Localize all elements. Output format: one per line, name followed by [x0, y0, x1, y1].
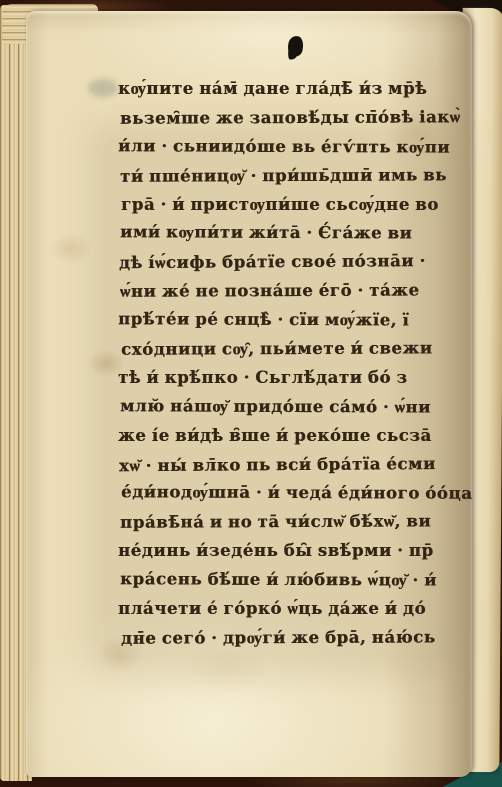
manuscript-line: кѹ́пите на́м̄ дане гла́дѣ̄ и́з мр̄ѣ: [118, 75, 480, 104]
manuscript-line: гра̄ · и́ пристѹпи́ше сьсѹ́дне во: [121, 191, 480, 220]
manuscript-line: ѡ́ни же́ не позна́ше е́го̄ · та́же: [120, 276, 480, 306]
manuscript-line: дѣ і́ѡ́сифь бра́тїе свое́ по́зна̄и ·: [119, 247, 480, 278]
manuscript-line: же і́е ви́дѣ в̑ше и́ реко́ше сьсза̄: [118, 422, 480, 451]
manuscript-line: пла́чети е́ го́рко́ ѡ́ць да́же и́ до́: [118, 595, 480, 624]
manuscript-line: дн̄е сего́ · дрѹ́ги́ же бра̄, на́ю́сь: [121, 623, 480, 653]
manuscript-line: не́динь и́зеде́нь бы̑ ѕвѣ́рми · пр̄: [118, 537, 480, 566]
manuscript-page: кѹ́пите на́м̄ дане гла́дѣ̄ и́з мр̄ѣ вьзе…: [26, 11, 472, 777]
manuscript-line: кра́сень бѣ́ше и́ лю́бивь ѡ́цѹ̆ · и́: [120, 565, 480, 595]
manuscript-line: тѣ и́ крѣ́пко · Сьглѣ́дати бо́ з: [118, 364, 480, 393]
manuscript-line: пра́вѣ̄на́ и но та̄ чи́слѡ̆ бѣ́хѡ̆, ви: [120, 508, 480, 538]
manuscript-line: ти́ пше́ницѹ̆ · при́шь̄дшӣ имь вь: [120, 161, 480, 191]
manuscript-line: прѣ́те́и ре́ снцѣ̀ · сїи мѹ́жїе, ї: [118, 305, 480, 335]
faint-smudge: [88, 79, 118, 97]
manuscript-line: е́ди́нодѹ́шна̄ · и́ чеда́ е́ди́ного о́о́…: [121, 479, 480, 509]
manuscript-line: схо́дници сѹ̑, пьи́мете и́ свежи: [121, 334, 480, 364]
manuscript-text-block: кѹ́пите на́м̄ дане гла́дѣ̄ и́з мр̄ѣ вьзе…: [118, 75, 480, 653]
manuscript-line: вьзем̑ше же заповѣ́ды сп̄о́вѣ іакѡ̀: [120, 103, 480, 133]
ink-blot: [287, 35, 305, 58]
manuscript-photo: кѹ́пите на́м̄ дане гла́дѣ̄ и́з мр̄ѣ вьзе…: [0, 0, 502, 787]
manuscript-line: ими́ кѹпи́ти жи́та̄ · Є́га́же ви: [120, 219, 480, 249]
manuscript-line: и́ли · сьниидо́ше вь е́гѵ́пть кѹ́пи: [118, 132, 480, 162]
manuscript-line: хѡ̆ · ны́ вл̄ко пь вси́ бра́тїа е́сми: [119, 449, 480, 480]
manuscript-line: млю̆ на́шѹ̆ придо́ше са́мо́ · ѡ́ни: [120, 392, 480, 422]
